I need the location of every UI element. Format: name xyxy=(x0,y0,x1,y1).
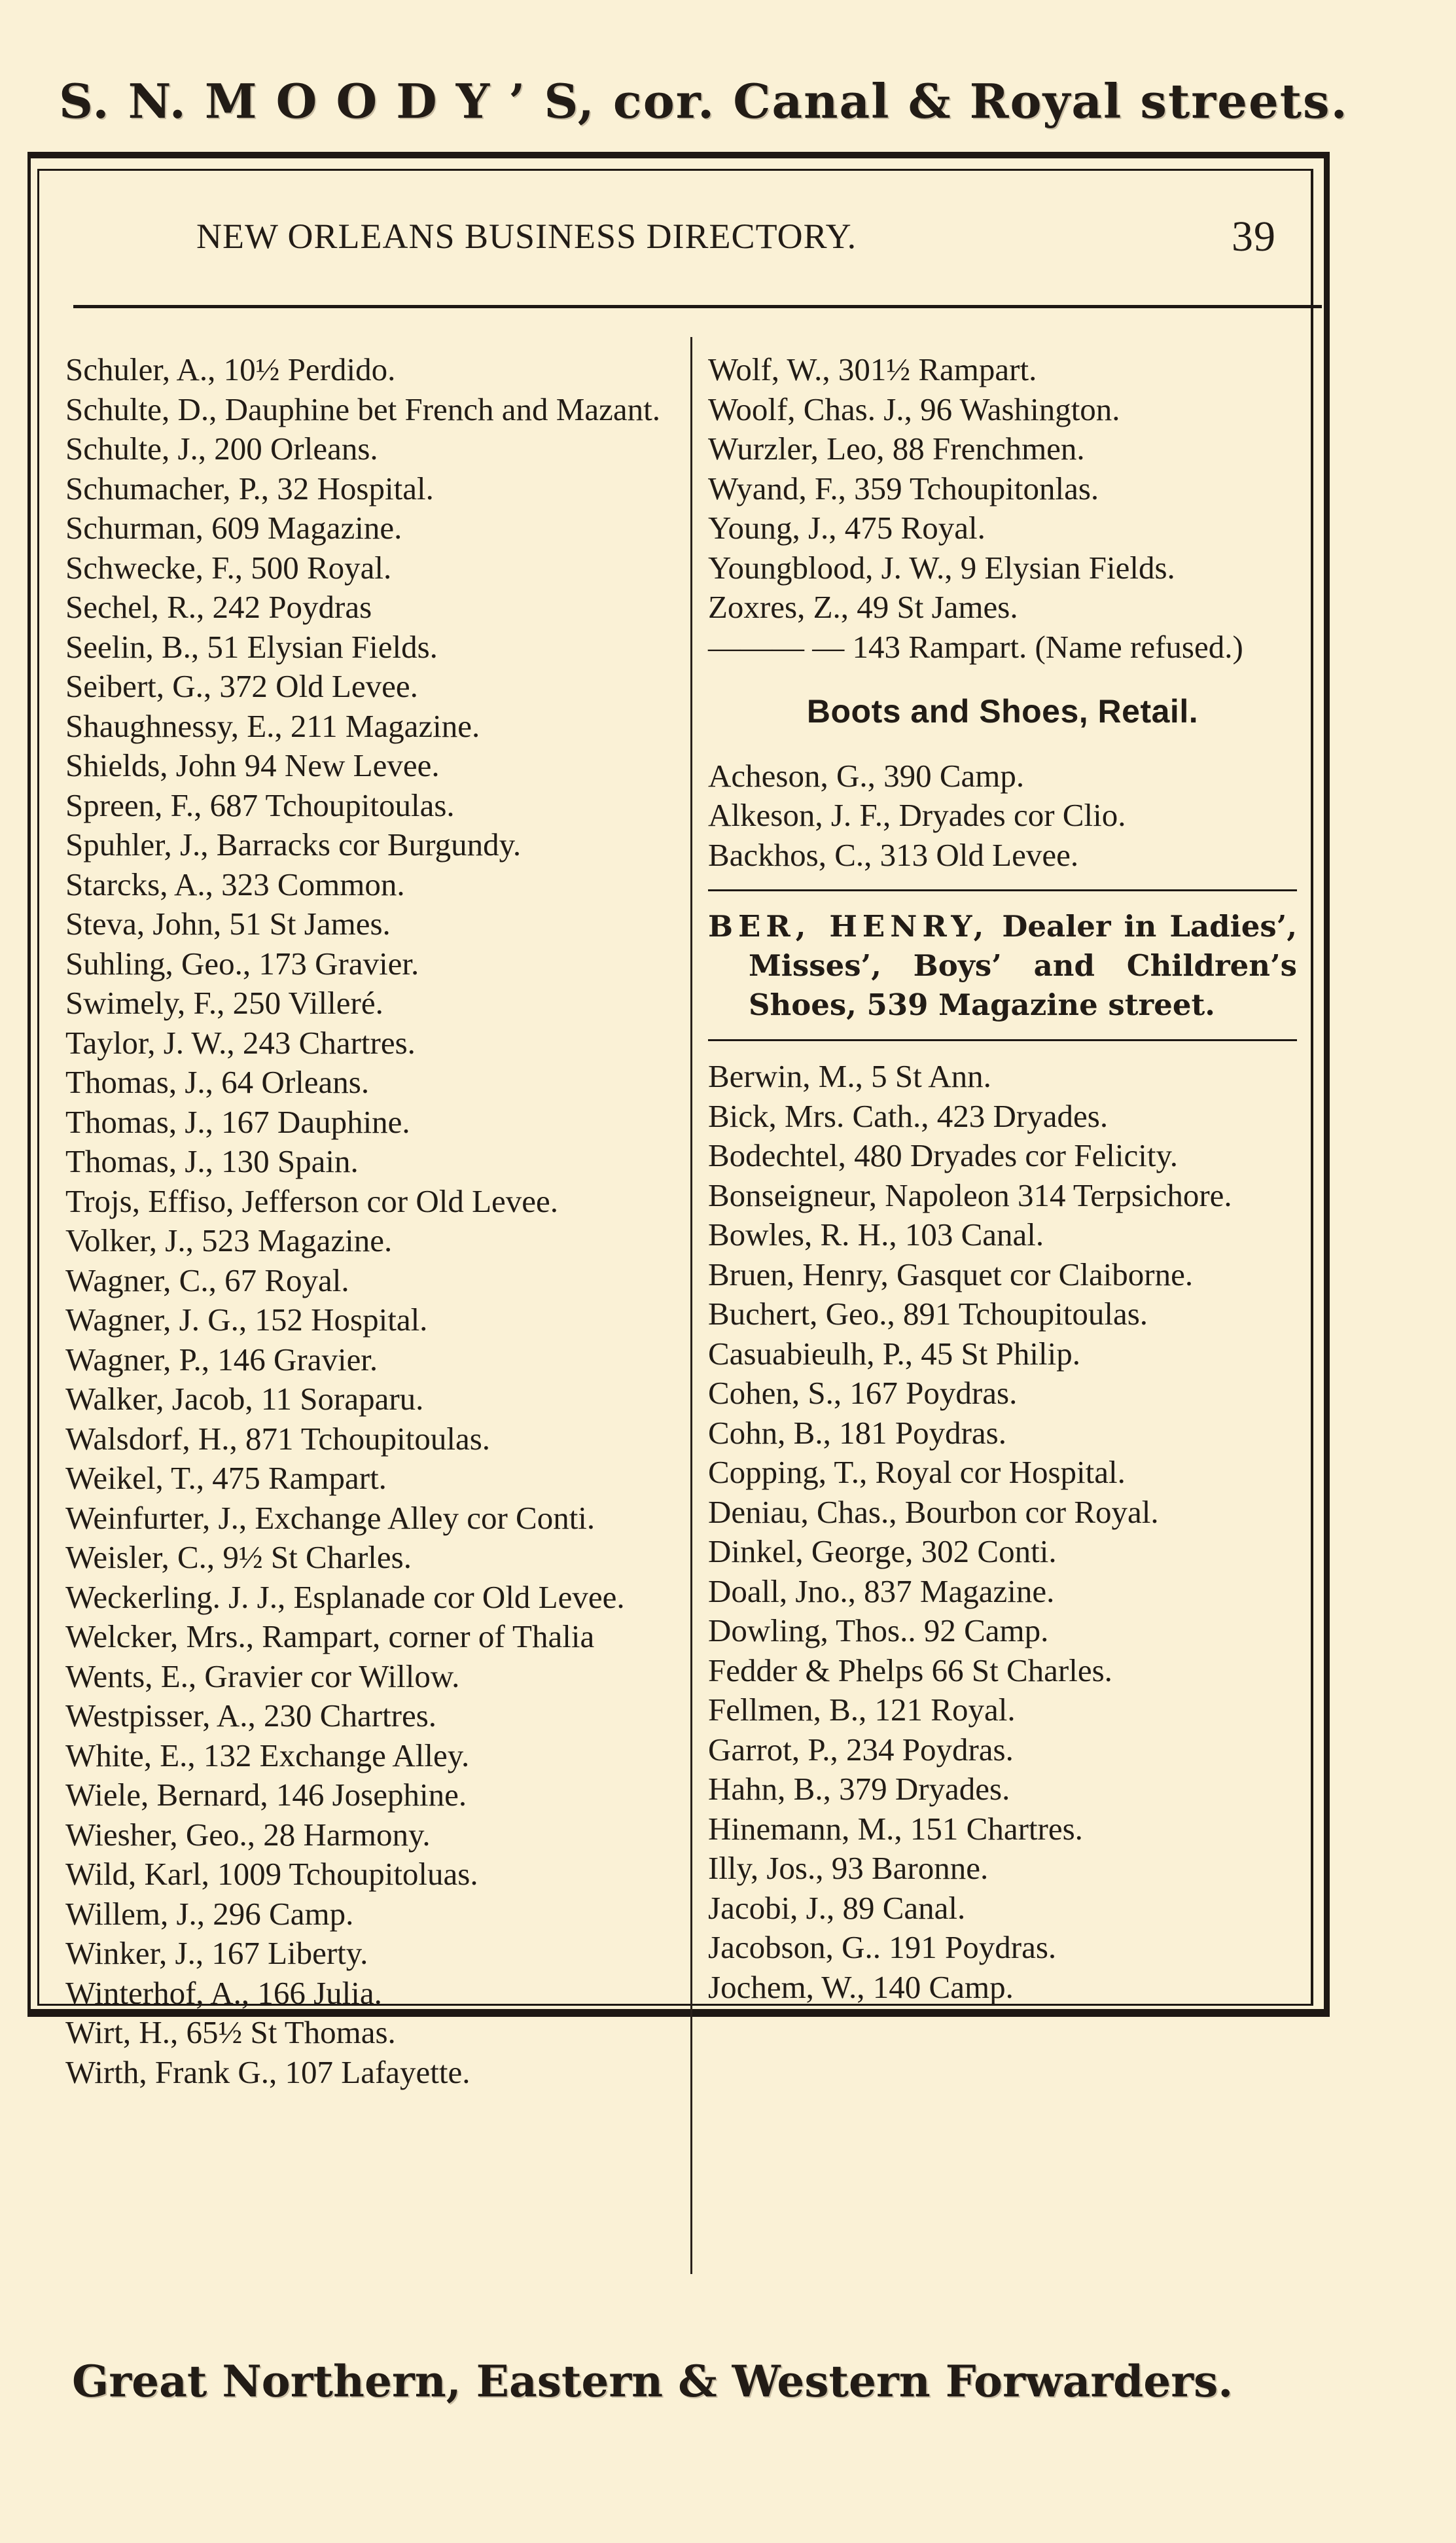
directory-entry: Seelin, B., 51 Elysian Fields. xyxy=(65,628,664,667)
directory-entry: Wiesher, Geo., 28 Harmony. xyxy=(65,1815,664,1855)
left-column: Schuler, A., 10½ Perdido.Schulte, D., Da… xyxy=(65,350,664,2092)
directory-entry: Jochem, W., 140 Camp. xyxy=(708,1968,1297,2008)
directory-entry: Thomas, J., 167 Dauphine. xyxy=(65,1103,664,1143)
directory-entry: Schwecke, F., 500 Royal. xyxy=(65,548,664,588)
directory-entry: Weisler, C., 9½ St Charles. xyxy=(65,1538,664,1578)
ad-rule-bottom xyxy=(708,1039,1297,1041)
directory-entry: Hinemann, M., 151 Chartres. xyxy=(708,1809,1297,1849)
directory-entry: Acheson, G., 390 Camp. xyxy=(708,756,1297,796)
directory-entry: Volker, J., 523 Magazine. xyxy=(65,1221,664,1261)
directory-entry: Willem, J., 296 Camp. xyxy=(65,1894,664,1934)
advertiser-name: BER, HENRY, xyxy=(708,909,989,944)
right-entries-section: Acheson, G., 390 Camp.Alkeson, J. F., Dr… xyxy=(708,756,1297,876)
directory-entry: Bick, Mrs. Cath., 423 Dryades. xyxy=(708,1097,1297,1137)
directory-entry: Walsdorf, H., 871 Tchoupitoulas. xyxy=(65,1419,664,1459)
directory-entry: Wagner, C., 67 Royal. xyxy=(65,1261,664,1301)
directory-entry: Deniau, Chas., Bourbon cor Royal. xyxy=(708,1493,1297,1533)
directory-entry: Wirt, H., 65½ St Thomas. xyxy=(65,2013,664,2053)
directory-entry: Starcks, A., 323 Common. xyxy=(65,865,664,905)
right-entries-bottom: Berwin, M., 5 St Ann.Bick, Mrs. Cath., 4… xyxy=(708,1057,1297,2007)
directory-entry: Cohen, S., 167 Poydras. xyxy=(708,1374,1297,1414)
directory-entry: Fedder & Phelps 66 St Charles. xyxy=(708,1651,1297,1691)
directory-entry: Weckerling. J. J., Esplanade cor Old Lev… xyxy=(65,1578,664,1618)
directory-entry: Wild, Karl, 1009 Tchoupitoluas. xyxy=(65,1855,664,1894)
directory-entry: Youngblood, J. W., 9 Elysian Fields. xyxy=(708,548,1297,588)
header-rule xyxy=(73,305,1322,308)
advertisement-block: BER, HENRY, Dealer in Ladies’, Misses’, … xyxy=(708,907,1297,1025)
directory-entry: Wagner, J. G., 152 Hospital. xyxy=(65,1300,664,1340)
directory-entry: Winker, J., 167 Liberty. xyxy=(65,1934,664,1974)
directory-entry: Westpisser, A., 230 Chartres. xyxy=(65,1696,664,1736)
directory-entry: Schulte, J., 200 Orleans. xyxy=(65,429,664,469)
directory-entry: Suhling, Geo., 173 Gravier. xyxy=(65,944,664,984)
directory-entry: Copping, T., Royal cor Hospital. xyxy=(708,1453,1297,1493)
directory-entry: Garrot, P., 234 Poydras. xyxy=(708,1730,1297,1770)
directory-entry: Wyand, F., 359 Tchoupitonlas. xyxy=(708,469,1297,509)
directory-entry: Backhos, C., 313 Old Levee. xyxy=(708,836,1297,876)
directory-entry: Jacobson, G.. 191 Poydras. xyxy=(708,1928,1297,1968)
directory-entry: Wiele, Bernard, 146 Josephine. xyxy=(65,1775,664,1815)
directory-entry: Dowling, Thos.. 92 Camp. xyxy=(708,1611,1297,1651)
directory-title: NEW ORLEANS BUSINESS DIRECTORY. xyxy=(196,216,857,257)
directory-entry: Doall, Jno., 837 Magazine. xyxy=(708,1572,1297,1612)
directory-entry: Dinkel, George, 302 Conti. xyxy=(708,1532,1297,1572)
directory-entry: Jacobi, J., 89 Canal. xyxy=(708,1889,1297,1929)
ad-rule-top xyxy=(708,889,1297,891)
directory-entry: Weikel, T., 475 Rampart. xyxy=(65,1459,664,1499)
directory-entry: Casuabieulh, P., 45 St Philip. xyxy=(708,1334,1297,1374)
section-heading-boots-shoes: Boots and Shoes, Retail. xyxy=(708,692,1297,732)
bottom-advertising-banner: Great Northern, Eastern & Western Forwar… xyxy=(72,2356,1315,2407)
running-head: NEW ORLEANS BUSINESS DIRECTORY. 39 xyxy=(196,216,1276,268)
directory-entry: Schuler, A., 10½ Perdido. xyxy=(65,350,664,390)
directory-entry: ——— — 143 Rampart. (Name refused.) xyxy=(708,628,1297,667)
directory-entry: Taylor, J. W., 243 Chartres. xyxy=(65,1023,664,1063)
directory-entry: Young, J., 475 Royal. xyxy=(708,508,1297,548)
directory-entry: Swimely, F., 250 Villeré. xyxy=(65,984,664,1023)
right-column: Wolf, W., 301½ Rampart.Woolf, Chas. J., … xyxy=(708,350,1297,2007)
page-number: 39 xyxy=(1232,212,1276,262)
directory-entry: Wirth, Frank G., 107 Lafayette. xyxy=(65,2053,664,2093)
directory-entry: Bodechtel, 480 Dryades cor Felicity. xyxy=(708,1136,1297,1176)
directory-entry: Wolf, W., 301½ Rampart. xyxy=(708,350,1297,390)
directory-entry: Schumacher, P., 32 Hospital. xyxy=(65,469,664,509)
directory-entry: Bonseigneur, Napoleon 314 Terpsichore. xyxy=(708,1176,1297,1216)
directory-entry: Bruen, Henry, Gasquet cor Claiborne. xyxy=(708,1255,1297,1295)
directory-entry: Shaughnessy, E., 211 Magazine. xyxy=(65,707,664,747)
directory-entry: Thomas, J., 130 Spain. xyxy=(65,1142,664,1182)
directory-entry: Wents, E., Gravier cor Willow. xyxy=(65,1657,664,1697)
directory-entry: Cohn, B., 181 Poydras. xyxy=(708,1414,1297,1453)
directory-entry: Spuhler, J., Barracks cor Burgundy. xyxy=(65,825,664,865)
directory-entry: Bowles, R. H., 103 Canal. xyxy=(708,1215,1297,1255)
directory-entry: Walker, Jacob, 11 Soraparu. xyxy=(65,1379,664,1419)
directory-entry: Wurzler, Leo, 88 Frenchmen. xyxy=(708,429,1297,469)
right-entries-top: Wolf, W., 301½ Rampart.Woolf, Chas. J., … xyxy=(708,350,1297,667)
directory-entry: Illy, Jos., 93 Baronne. xyxy=(708,1849,1297,1889)
directory-entry: Fellmen, B., 121 Royal. xyxy=(708,1690,1297,1730)
directory-entry: Berwin, M., 5 St Ann. xyxy=(708,1057,1297,1097)
top-advertising-banner: S. N. M O O D Y ’ S, cor. Canal & Royal … xyxy=(59,73,1302,129)
directory-entry: Thomas, J., 64 Orleans. xyxy=(65,1063,664,1103)
directory-entry: Trojs, Effiso, Jefferson cor Old Levee. xyxy=(65,1182,664,1222)
directory-entry: Weinfurter, J., Exchange Alley cor Conti… xyxy=(65,1499,664,1538)
directory-entry: Seibert, G., 372 Old Levee. xyxy=(65,667,664,707)
directory-entry: Winterhof, A., 166 Julia. xyxy=(65,1974,664,2014)
directory-entry: Schurman, 609 Magazine. xyxy=(65,508,664,548)
directory-entry: Spreen, F., 687 Tchoupitoulas. xyxy=(65,786,664,826)
directory-entry: Alkeson, J. F., Dryades cor Clio. xyxy=(708,796,1297,836)
directory-entry: Zoxres, Z., 49 St James. xyxy=(708,588,1297,628)
directory-entry: Wagner, P., 146 Gravier. xyxy=(65,1340,664,1380)
directory-entry: Steva, John, 51 St James. xyxy=(65,904,664,944)
directory-entry: Buchert, Geo., 891 Tchoupitoulas. xyxy=(708,1294,1297,1334)
column-divider xyxy=(690,337,692,2274)
directory-entry: Schulte, D., Dauphine bet French and Maz… xyxy=(65,390,664,430)
directory-entry: Welcker, Mrs., Rampart, corner of Thalia xyxy=(65,1617,664,1657)
directory-entry: Hahn, B., 379 Dryades. xyxy=(708,1769,1297,1809)
directory-entry: Sechel, R., 242 Poydras xyxy=(65,588,664,628)
directory-entry: Woolf, Chas. J., 96 Washington. xyxy=(708,390,1297,430)
directory-entry: White, E., 132 Exchange Alley. xyxy=(65,1736,664,1776)
directory-entry: Shields, John 94 New Levee. xyxy=(65,746,664,786)
